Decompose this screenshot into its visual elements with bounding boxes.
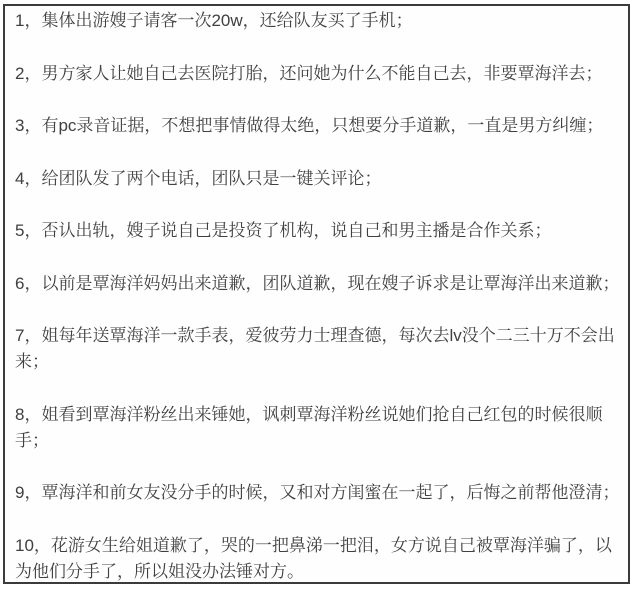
text-panel: 1，集体出游嫂子请客一次20w，还给队友买了手机； 2，男方家人让她自己去医院打…: [3, 4, 630, 584]
list-item-3: 3，有pc录音证据，不想把事情做得太绝，只想要分手道歉，一直是男方纠缠；: [15, 113, 625, 139]
list-item-9: 9，覃海洋和前女友没分手的时候，又和对方闺蜜在一起了，后悔之前帮他澄清；: [15, 480, 625, 506]
list-item-5: 5，否认出轨，嫂子说自己是投资了机构，说自己和男主播是合作关系；: [15, 218, 625, 244]
list-item-7: 7，姐每年送覃海洋一款手表，爱彼劳力士理查德，每次去lv没个二三十万不会出来；: [15, 323, 625, 375]
list-item-10: 10，花游女生给姐道歉了，哭的一把鼻涕一把泪，女方说自己被覃海洋骗了，以为他们分…: [15, 533, 625, 585]
list-item-2: 2，男方家人让她自己去医院打胎，还问她为什么不能自己去，非要覃海洋去；: [15, 61, 625, 87]
list-item-4: 4，给团队发了两个电话，团队只是一键关评论；: [15, 166, 625, 192]
list-item-8: 8，姐看到覃海洋粉丝出来锤她，讽刺覃海洋粉丝说她们抢自己红包的时候很顺手；: [15, 402, 625, 454]
list-item-6: 6，以前是覃海洋妈妈出来道歉，团队道歉，现在嫂子诉求是让覃海洋出来道歉；: [15, 271, 625, 297]
list-item-1: 1，集体出游嫂子请客一次20w，还给队友买了手机；: [15, 8, 625, 34]
